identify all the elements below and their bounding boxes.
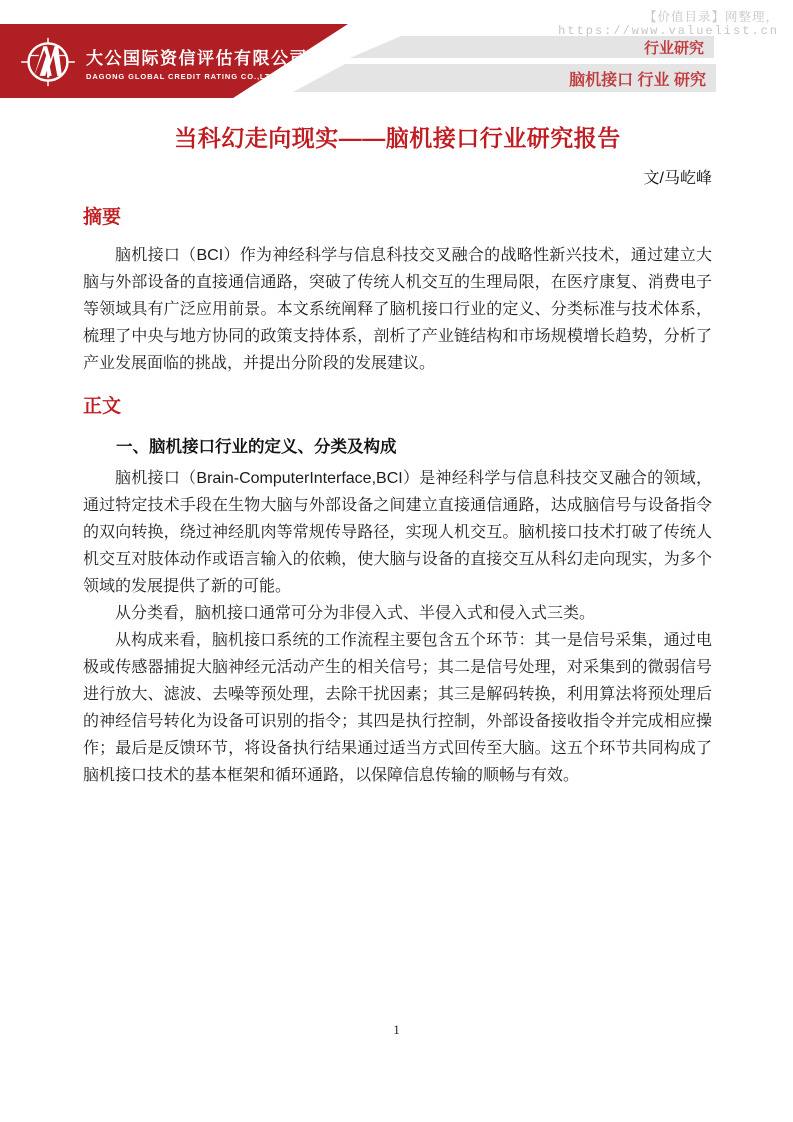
report-author: 文/马屹峰: [83, 168, 712, 190]
body-paragraph-2: 从分类看，脑机接口通常可分为非侵入式、半侵入式和侵入式三类。: [83, 600, 712, 627]
industry-research-tagbar: 行业研究: [350, 36, 714, 58]
watermark-url-text: https://www.valuelist.cn: [558, 24, 779, 38]
document-content: 当科幻走向现实——脑机接口行业研究报告 文/马屹峰 摘要 脑机接口（BCI）作为…: [83, 122, 712, 789]
dagong-globe-logo-icon: [20, 37, 76, 87]
report-title: 当科幻走向现实——脑机接口行业研究报告: [83, 122, 712, 154]
bci-industry-research-tag-label: 脑机接口 行业 研究: [569, 67, 716, 90]
watermark: 【价值目录】网整理， https://www.valuelist.cn: [558, 10, 779, 38]
body-paragraph-1: 脑机接口（Brain-ComputerInterface,BCI）是神经科学与信…: [83, 465, 712, 600]
watermark-source-text: 【价值目录】网整理，: [558, 10, 779, 24]
industry-research-tag-label: 行业研究: [644, 37, 714, 58]
company-banner-content: 大公国际资信评估有限公司 DAGONG GLOBAL CREDIT RATING…: [20, 37, 308, 87]
report-page: 【价值目录】网整理， https://www.valuelist.cn 行业研究…: [0, 0, 793, 1122]
company-name-block: 大公国际资信评估有限公司 DAGONG GLOBAL CREDIT RATING…: [86, 44, 308, 81]
abstract-heading: 摘要: [83, 206, 712, 230]
company-name-english: DAGONG GLOBAL CREDIT RATING CO.,LTD: [86, 72, 308, 81]
company-banner: 大公国际资信评估有限公司 DAGONG GLOBAL CREDIT RATING…: [0, 24, 348, 98]
company-name-chinese: 大公国际资信评估有限公司: [86, 44, 308, 69]
bci-industry-research-tagbar: 脑机接口 行业 研究: [293, 64, 716, 92]
body-paragraph-3: 从构成来看，脑机接口系统的工作流程主要包含五个环节：其一是信号采集，通过电极或传…: [83, 627, 712, 789]
page-number: 1: [0, 1022, 793, 1038]
body-heading: 正文: [83, 395, 712, 419]
section-1-heading: 一、脑机接口行业的定义、分类及构成: [83, 436, 712, 458]
abstract-paragraph: 脑机接口（BCI）作为神经科学与信息科技交叉融合的战略性新兴技术，通过建立大脑与…: [83, 242, 712, 377]
